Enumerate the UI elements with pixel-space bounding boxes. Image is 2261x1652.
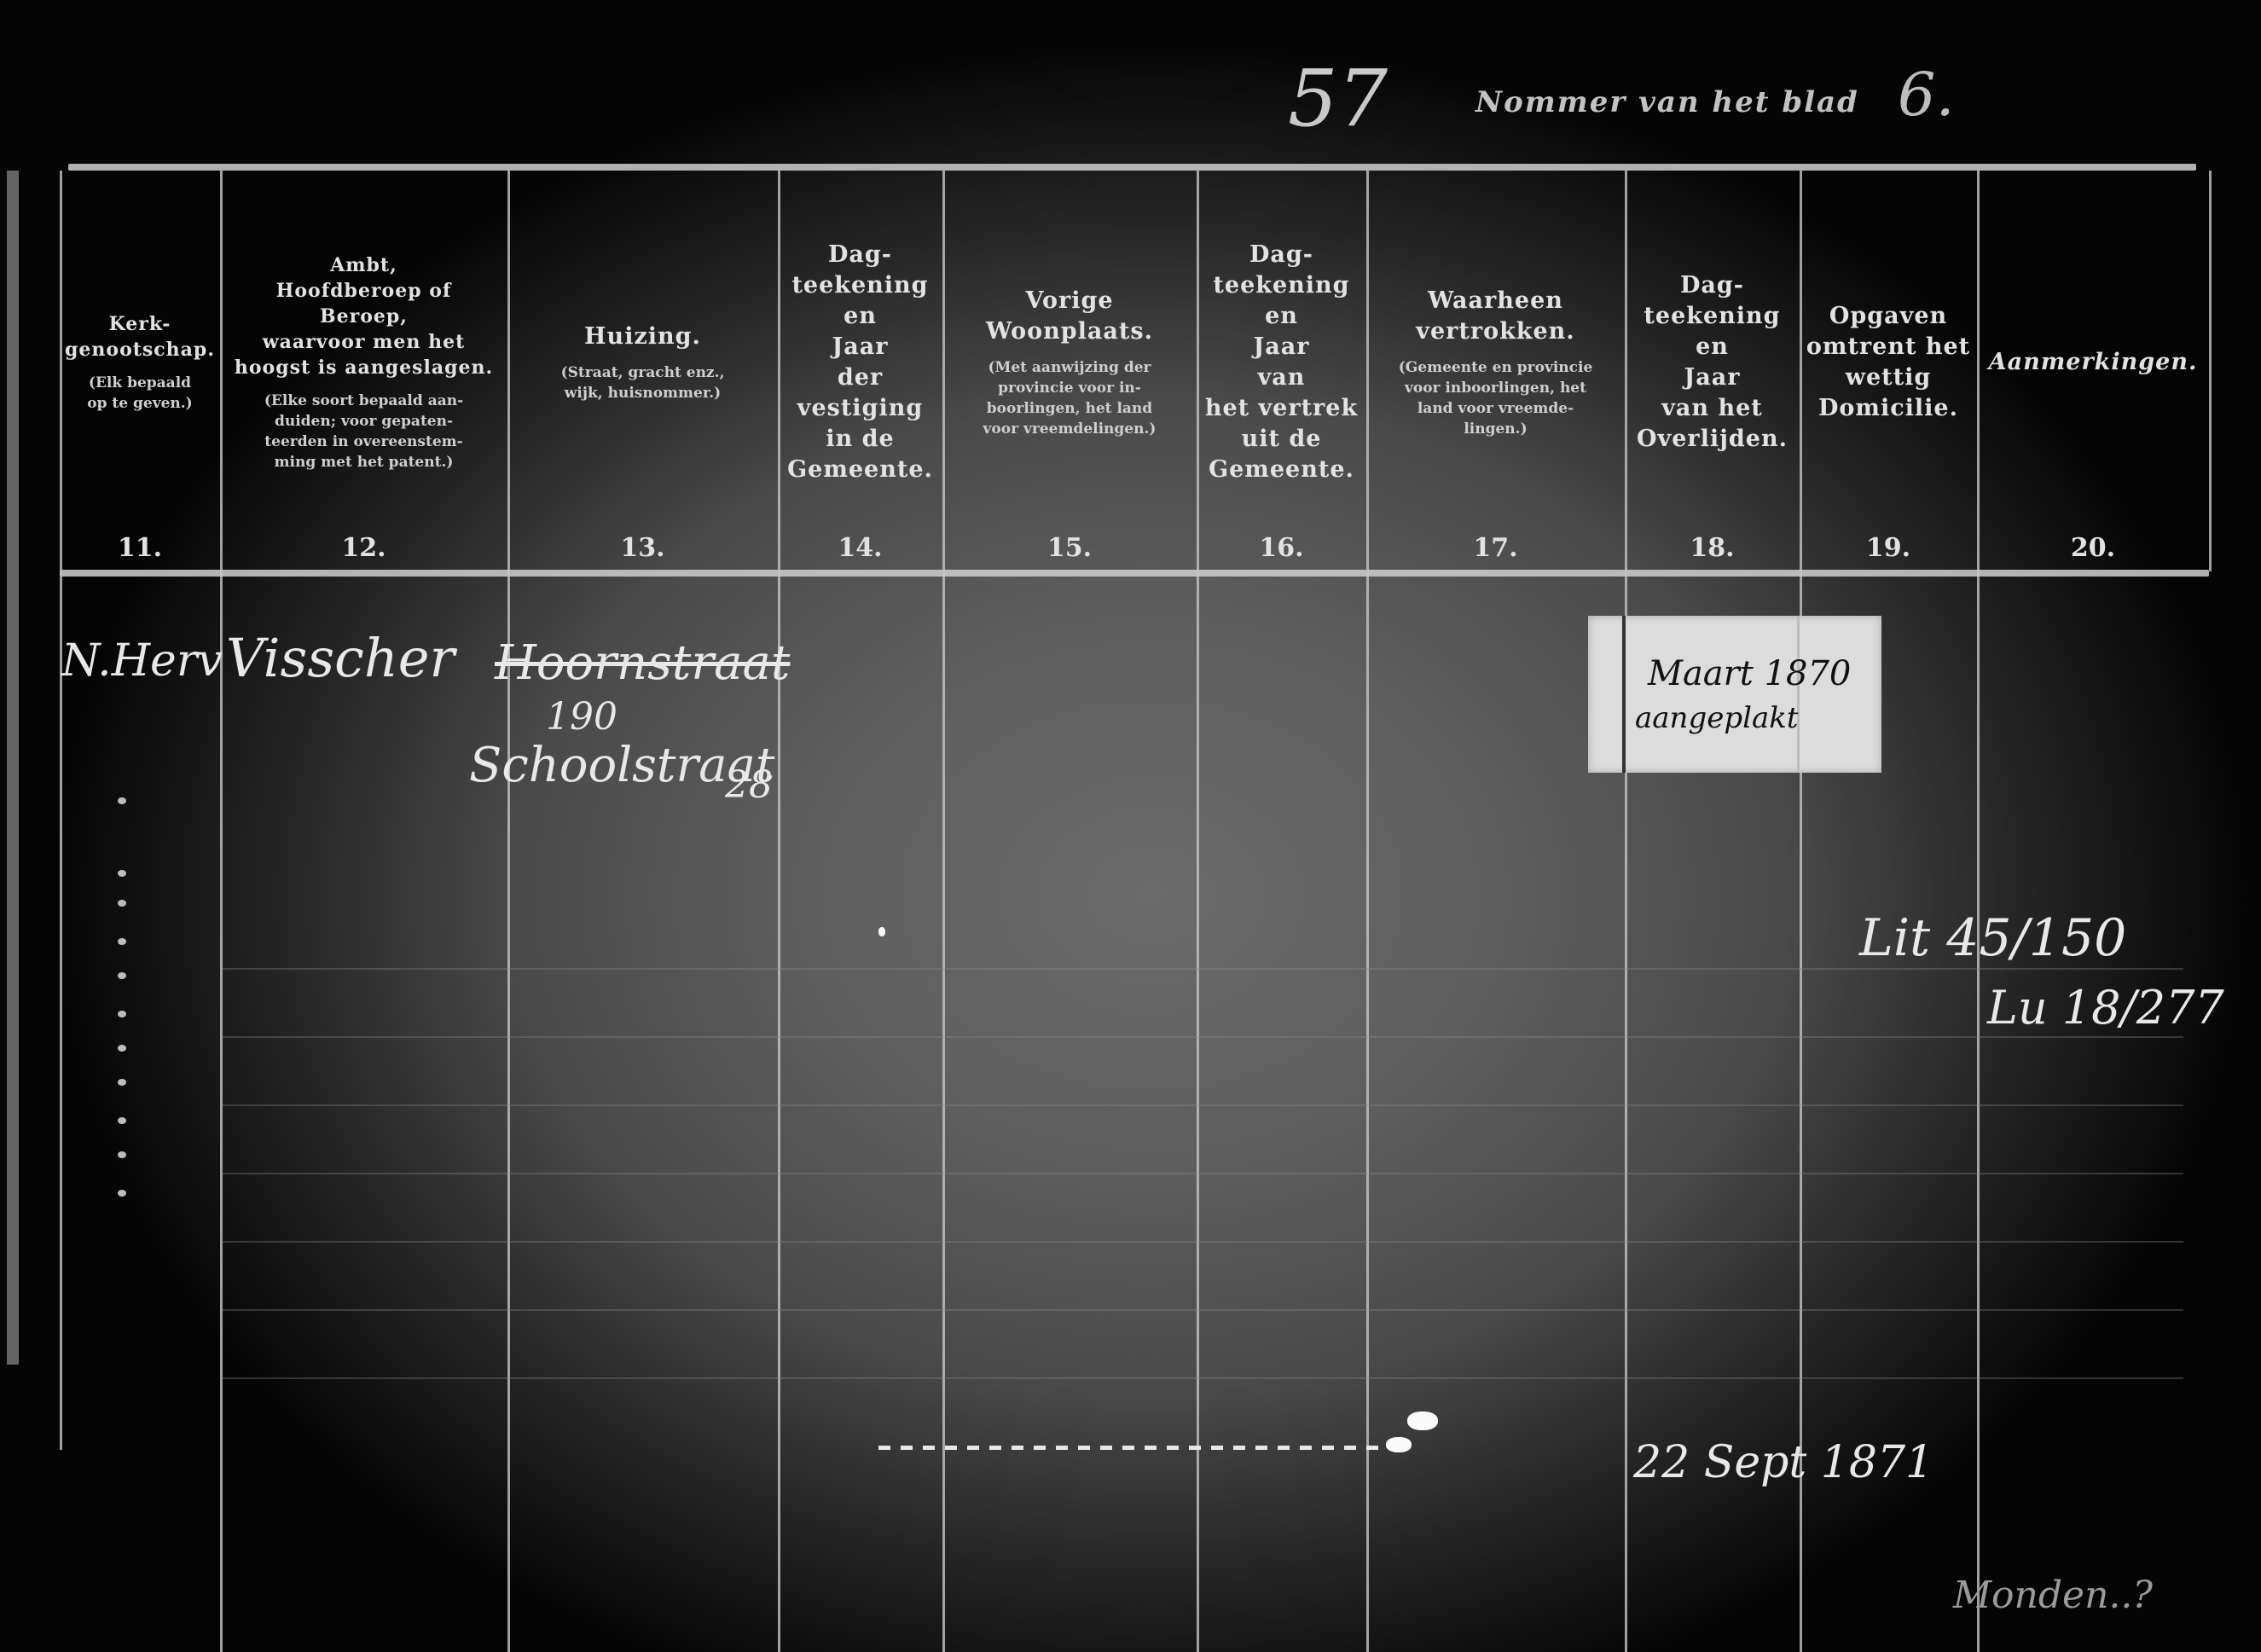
ruling-line [222, 1104, 2183, 1106]
column-number: 13. [620, 533, 664, 563]
entry-beroep: Visscher [226, 627, 455, 689]
page-number-handwritten: 57 [1288, 53, 1388, 144]
column-number: 17. [1473, 533, 1517, 563]
ruling-line [222, 1377, 2183, 1379]
column-note: (Elke soort bepaald aan- duiden; voor ge… [264, 391, 463, 472]
column-note: (Met aanwijzing der provincie voor in- b… [983, 357, 1157, 439]
binding-edge [7, 171, 19, 1365]
sheet-number-label: Nommer van het blad [1475, 85, 1859, 119]
entry-kerkgenootschap: N.Herv [61, 635, 223, 687]
column-title: Waarheen vertrokken. [1416, 286, 1574, 347]
pasted-inset-note: Maart 1870 aangeplakt [1588, 616, 1881, 773]
ruling-line [222, 1173, 2183, 1174]
column-title: Huizing. [584, 322, 701, 352]
ink-blot [1386, 1437, 1412, 1452]
inset-remark: aangeplakt [1635, 701, 1799, 735]
column-note: (Elk bepaald op te geven.) [87, 373, 192, 414]
entry-huizing-number: 190 [546, 695, 617, 739]
header-bottom-rule [60, 570, 2209, 577]
column-header-11: Kerk- genootschap.(Elk bepaald op te gev… [60, 171, 220, 554]
row-marker [118, 900, 126, 907]
column-title: Vorige Woonplaats. [986, 286, 1153, 347]
column-header-18: Dag- teekening en Jaar van het Overlijde… [1625, 171, 1800, 554]
row-marker [118, 1117, 126, 1124]
row-marker [118, 1045, 126, 1052]
column-number: 12. [341, 533, 386, 563]
entry-huizing-street: Hoornstraat [495, 635, 790, 691]
ruling-line [222, 1309, 2183, 1311]
dotted-line [878, 1446, 1399, 1450]
column-header-13: Huizing.(Straat, gracht enz., wijk, huis… [507, 171, 778, 554]
column-title: Aanmerkingen. [1989, 347, 2198, 378]
column-header-15: Vorige Woonplaats.(Met aanwijzing der pr… [942, 171, 1197, 554]
sheet-number-value: 6. [1898, 60, 1955, 130]
entry-huizing-new-number: 28 [725, 763, 773, 807]
column-note: (Gemeente en provincie voor inboorlingen… [1399, 357, 1593, 439]
column-title: Opgaven omtrent het wettig Domicilie. [1806, 301, 1970, 424]
column-number: 18. [1690, 533, 1734, 563]
ruling-line [222, 968, 2183, 970]
entry-overlijden: 22 Sept 1871 [1633, 1437, 1933, 1488]
row-marker [118, 1011, 126, 1017]
entry-aanmerkingen-1: Lit 45/150 [1859, 908, 2126, 968]
column-header-12: Ambt, Hoofdberoep of Beroep, waarvoor me… [220, 171, 507, 554]
ink-spot [878, 927, 885, 936]
column-number: 15. [1047, 533, 1092, 563]
row-marker [118, 1079, 126, 1086]
column-header-17: Waarheen vertrokken.(Gemeente en provinc… [1366, 171, 1625, 554]
column-header-20: Aanmerkingen.20. [1977, 171, 2209, 554]
column-title: Dag- teekening en Jaar van het vertrek u… [1205, 240, 1358, 485]
register-page: 57 Nommer van het blad 6. Kerk- genootsc… [0, 0, 2261, 1652]
column-number: 14. [838, 533, 882, 563]
bottom-signature: Monden..? [1953, 1574, 2153, 1617]
row-marker [118, 938, 126, 945]
row-marker [118, 1190, 126, 1197]
column-header-19: Opgaven omtrent het wettig Domicilie.19. [1800, 171, 1977, 554]
ruling-line [222, 1036, 2183, 1038]
column-header-14: Dag- teekening en Jaar der vestiging in … [778, 171, 942, 554]
column-header-16: Dag- teekening en Jaar van het vertrek u… [1197, 171, 1366, 554]
column-title: Kerk- genootschap. [65, 311, 215, 362]
column-title: Dag- teekening en Jaar der vestiging in … [787, 240, 933, 485]
row-marker [118, 870, 126, 877]
row-marker [118, 972, 126, 979]
column-note: (Straat, gracht enz., wijk, huisnommer.) [561, 362, 725, 403]
column-divider [2209, 171, 2212, 571]
entry-aanmerkingen-2: Lu 18/277 [1987, 981, 2224, 1035]
column-number: 20. [2071, 533, 2115, 563]
row-marker [118, 1151, 126, 1158]
column-title: Ambt, Hoofdberoep of Beroep, waarvoor me… [235, 252, 493, 380]
column-number: 19. [1866, 533, 1910, 563]
column-number: 11. [118, 533, 162, 563]
ruling-line [222, 1241, 2183, 1243]
inset-date: Maart 1870 [1648, 654, 1851, 693]
column-number: 16. [1259, 533, 1303, 563]
header-top-rule [68, 164, 2196, 171]
column-title: Dag- teekening en Jaar van het Overlijde… [1637, 270, 1788, 455]
row-marker [118, 797, 126, 804]
ink-blot [1407, 1411, 1438, 1430]
